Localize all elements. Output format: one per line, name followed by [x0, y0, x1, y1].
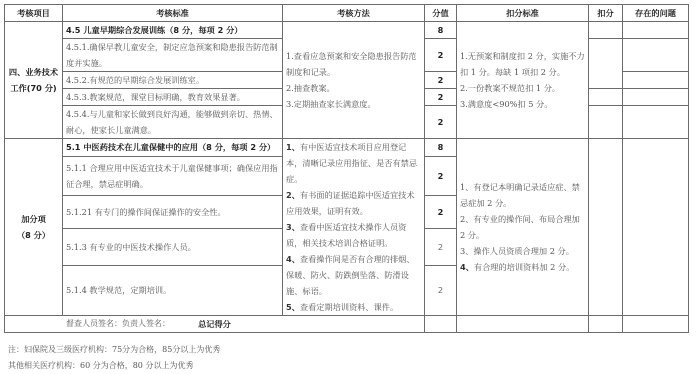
deducted-cell[interactable]	[589, 22, 623, 39]
issues-cell[interactable]	[623, 89, 689, 106]
method-line: 2.抽查教案。	[286, 80, 421, 96]
total-deducted-cell[interactable]	[589, 316, 623, 333]
bonus-methods: 1、有中医适宜技术项目应用登记本，清晰记录应用指征、是否有禁忌症。 2、有书面的…	[283, 139, 425, 316]
standard-text: 4.5.3.教案规范，课堂目标明确，教育效果显著。	[63, 89, 283, 106]
method-line: 2、有书面的证据追踪中医适宜技术应用效果，证明有效。	[286, 187, 421, 219]
table-row: 加分项 （8 分） 5.1 中医药技术在儿童保健中的应用（8 分，每项 2 分）…	[5, 139, 689, 157]
deduction-line: 3.满意度<90%扣 5 分。	[460, 96, 585, 112]
total-deduction-cell[interactable]	[457, 316, 589, 333]
total-score-cell[interactable]	[425, 316, 457, 333]
standard-text: 5.1.21 有专门的操作间保证操作的安全性。	[63, 195, 283, 229]
section4-title-score: 8	[425, 22, 457, 39]
section4-title: 4.5 儿童早期综合发展训练（8 分，每项 2 分）	[63, 22, 283, 39]
deduction-line: 1、有登记本明确记录适应症、禁忌症加 2 分。	[460, 179, 585, 211]
item-label: 工作(70 分)	[8, 80, 59, 96]
method-line: 1、有中医适宜技术项目应用登记本，清晰记录应用指征、是否有禁忌症。	[286, 139, 421, 187]
header-item: 考核项目	[5, 5, 63, 22]
note-line-2: 其他相关医疗机构：60 分为合格，80 分以上为优秀	[8, 360, 193, 371]
header-deducted: 扣分	[589, 5, 623, 22]
signature-line: 督查人员签名：负责人签名：	[66, 318, 170, 329]
standard-text: 4.5.4.与儿童和家长做到良好沟通，能够做到亲切、热情、耐心，使家长儿童满意。	[63, 106, 283, 139]
standard-score: 2	[425, 39, 457, 72]
standard-score: 2	[425, 229, 457, 266]
method-line: 1.查看应急预案和安全隐患报告防范制度和记录。	[286, 48, 421, 80]
standard-score: 2	[425, 156, 457, 195]
method-line: 3、查看中医适宜技术操作人员资质，相关技术培训合格证明。	[286, 219, 421, 251]
section4-item: 四、业务技术 工作(70 分)	[5, 22, 63, 139]
item-label: 四、业务技术	[8, 64, 59, 80]
method-line: 5、查看定期培训资料、课件。	[286, 299, 421, 315]
standard-score: 2	[425, 106, 457, 139]
bonus-deductions: 1、有登记本明确记录适应症、禁忌症加 2 分。 2、有专业的操作间、布局合理加 …	[457, 139, 589, 316]
issues-cell[interactable]	[623, 39, 689, 72]
standard-score: 2	[425, 195, 457, 229]
standard-score: 2	[425, 89, 457, 106]
deducted-cell[interactable]	[589, 106, 623, 139]
deducted-cell[interactable]	[589, 139, 623, 316]
deducted-cell[interactable]	[589, 89, 623, 106]
deducted-cell[interactable]	[589, 39, 623, 89]
issues-cell[interactable]	[623, 139, 689, 316]
standard-text: 4.5.2.有规范的早期综合发展训练室。	[63, 72, 283, 89]
standard-text: 5.1.3 有专业的中医技术操作人员。	[63, 229, 283, 266]
issues-cell[interactable]	[623, 106, 689, 139]
standard-text: 5.1.1 合理应用中医适宜技术于儿童保健事项；确保应用指征合理，禁忌症明确。	[63, 156, 283, 195]
standard-text: 5.1.4 教学规范，定期培训。	[63, 265, 283, 315]
section4-methods: 1.查看应急预案和安全隐患报告防范制度和记录。 2.抽查教案。 3.定期抽查家长…	[283, 22, 425, 139]
item-label: 加分项	[8, 211, 59, 227]
issues-cell[interactable]	[623, 72, 689, 89]
header-issues: 存在的问题	[623, 5, 689, 22]
header-standard: 考核标准	[63, 5, 283, 22]
header-score: 分值	[425, 5, 457, 22]
bonus-title: 5.1 中医药技术在儿童保健中的应用（8 分，每项 2 分）	[63, 139, 283, 157]
header-method: 考核方法	[283, 5, 425, 22]
standard-score: 2	[425, 265, 457, 315]
bonus-item: 加分项 （8 分）	[5, 139, 63, 316]
table-row: 四、业务技术 工作(70 分) 4.5 儿童早期综合发展训练（8 分，每项 2 …	[5, 22, 689, 39]
section4-deductions: 1.无预案和制度扣 2 分，实施不力扣 1 分。每缺 1 项扣 2 分。 2.一…	[457, 22, 589, 139]
deduction-line: 2、有专业的操作间、布局合理加 2 分。	[460, 211, 585, 243]
deduction-line: 1.无预案和制度扣 2 分，实施不力扣 1 分。每缺 1 项扣 2 分。	[460, 48, 585, 80]
issues-cell[interactable]	[623, 22, 689, 39]
deduction-line: 3、操作人员资质合理加 2 分。	[460, 243, 585, 259]
header-row: 考核项目 考核标准 考核方法 分值 扣分标准 扣分 存在的问题	[5, 5, 689, 22]
method-line: 4、查看操作间是否有合理的排烟、保暖、防火、防跌倒坠落、防滑设施、标语。	[286, 251, 421, 299]
header-deduction-standard: 扣分标准	[457, 5, 589, 22]
item-label: （8 分）	[8, 227, 59, 243]
method-line: 3.定期抽查家长满意度。	[286, 96, 421, 112]
standard-score: 2	[425, 72, 457, 89]
standard-text: 4.5.1.确保早教儿童安全，制定应急预案和隐患报告防范制度并实施。	[63, 39, 283, 72]
total-issues-cell[interactable]	[623, 316, 689, 333]
note-line-1: 注：妇保院及三级医疗机构：75分为合格，85分以上为优秀	[8, 344, 220, 355]
deduction-line: 4、有合理的培训资料加 2 分。	[460, 259, 585, 275]
assessment-table: 考核项目 考核标准 考核方法 分值 扣分标准 扣分 存在的问题 四、业务技术 工…	[4, 4, 689, 333]
bonus-title-score: 8	[425, 139, 457, 157]
deduction-line: 2.一份教案不规范扣 1 分。	[460, 80, 585, 96]
